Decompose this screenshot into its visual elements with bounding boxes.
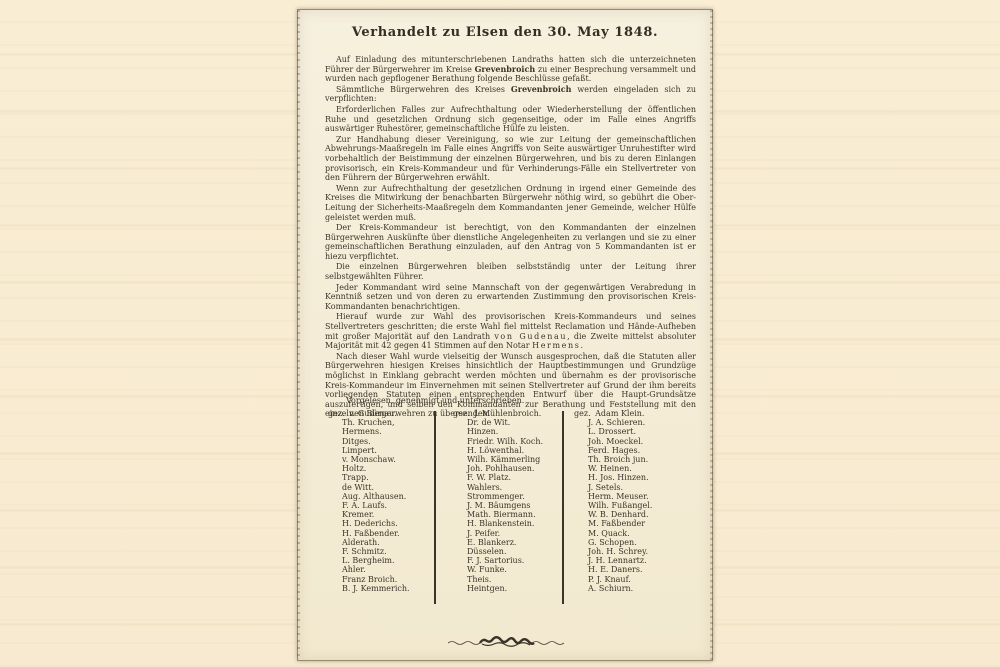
signature-name: Strommenger. bbox=[453, 492, 557, 501]
signature-name: Wilh. Kämmerling bbox=[453, 455, 557, 464]
signature-name: Th. Kruchen, bbox=[328, 418, 432, 427]
paragraph: Hierauf wurde zur Wahl des provisorische… bbox=[325, 312, 696, 350]
signature-name: H. Löwenthal. bbox=[453, 446, 557, 455]
ornament-flourish bbox=[446, 634, 566, 650]
signature-area: gez. v. Gudenau.Th. Kruchen,Hermens.Ditg… bbox=[298, 409, 712, 609]
signature-name: W. Funke. bbox=[453, 565, 557, 574]
paragraph: Erforderlichen Falles zur Aufrechthaltun… bbox=[325, 105, 696, 134]
column-divider-rule bbox=[562, 411, 564, 604]
signature-name: Joh. H. Schrey. bbox=[574, 547, 696, 556]
signature-name: gez. Adam Klein. bbox=[574, 409, 696, 418]
signature-name: H. Jos. Hinzen. bbox=[574, 473, 696, 482]
signature-prefix: gez. bbox=[328, 409, 349, 418]
signature-name: Dr. de Wit. bbox=[453, 418, 557, 427]
signature-name: F. W. Platz. bbox=[453, 473, 557, 482]
signature-name: Holtz. bbox=[328, 464, 432, 473]
signature-name: W. Heinen. bbox=[574, 464, 696, 473]
signature-name: gez. J. Mühlenbroich. bbox=[453, 409, 557, 418]
signature-name: Wilh. Fußangel. bbox=[574, 501, 696, 510]
signature-column-1: gez. v. Gudenau.Th. Kruchen,Hermens.Ditg… bbox=[328, 409, 432, 593]
signature-name: H. Dederichs. bbox=[328, 519, 432, 528]
signature-name: F. J. Sartorius. bbox=[453, 556, 557, 565]
paragraph: Sämmtliche Bürgerwehren des Kreises Grev… bbox=[325, 85, 696, 104]
signature-name: H. Faßbender. bbox=[328, 529, 432, 538]
document-sheet: Verhandelt zu Elsen den 30. May 1848. Au… bbox=[297, 9, 713, 661]
signature-name: Franz Broich. bbox=[328, 575, 432, 584]
signature-name: M. Quack. bbox=[574, 529, 696, 538]
paragraph: Jeder Kommandant wird seine Mannschaft v… bbox=[325, 283, 696, 312]
column-divider-rule bbox=[434, 411, 436, 604]
paragraph: Zur Handhabung dieser Vereinigung, so wi… bbox=[325, 135, 696, 183]
signature-name: Friedr. Wilh. Koch. bbox=[453, 437, 557, 446]
signature-name: gez. v. Gudenau. bbox=[328, 409, 432, 418]
signature-name: H. Blankenstein. bbox=[453, 519, 557, 528]
signature-name: Joh. Pohlhausen. bbox=[453, 464, 557, 473]
signature-name: de Witt. bbox=[328, 483, 432, 492]
signature-name: Ferd. Hages. bbox=[574, 446, 696, 455]
signature-name: Limpert. bbox=[328, 446, 432, 455]
signature-column-3: gez. Adam Klein.J. A. Schieren.L. Drosse… bbox=[574, 409, 696, 593]
signature-name: F. Schmitz. bbox=[328, 547, 432, 556]
paragraph: Die einzelnen Bürgerwehren bleiben selbs… bbox=[325, 262, 696, 281]
signature-name: J. Setels. bbox=[574, 483, 696, 492]
signature-name: G. Schopen. bbox=[574, 538, 696, 547]
signature-name: L. Bergheim. bbox=[328, 556, 432, 565]
signature-name: Kremer. bbox=[328, 510, 432, 519]
signature-name: A. Schiurn. bbox=[574, 584, 696, 593]
signature-prefix: gez. bbox=[574, 409, 595, 418]
signature-intro: Vorgelesen, genehmigt und unterschrieben… bbox=[346, 396, 524, 405]
signature-name: Ahler. bbox=[328, 565, 432, 574]
signature-name: J. M. Bäumgens bbox=[453, 501, 557, 510]
signature-name: Heintgen. bbox=[453, 584, 557, 593]
document-title: Verhandelt zu Elsen den 30. May 1848. bbox=[298, 25, 712, 40]
signature-name: J. H. Lennartz. bbox=[574, 556, 696, 565]
signature-name: Th. Broich jun. bbox=[574, 455, 696, 464]
signature-name: Aug. Althausen. bbox=[328, 492, 432, 501]
signature-name: Alderath. bbox=[328, 538, 432, 547]
signature-name: J. Peifer. bbox=[453, 529, 557, 538]
paragraph: Auf Einladung des mitunterschriebenen La… bbox=[325, 55, 696, 84]
scan-background: Verhandelt zu Elsen den 30. May 1848. Au… bbox=[0, 0, 1000, 667]
document-body: Auf Einladung des mitunterschriebenen La… bbox=[325, 55, 696, 420]
signature-name: J. A. Schieren. bbox=[574, 418, 696, 427]
signature-name: H. E. Daners. bbox=[574, 565, 696, 574]
signature-name: Düsselen. bbox=[453, 547, 557, 556]
signature-name: P. J. Knauf. bbox=[574, 575, 696, 584]
signature-name: W. B. Denhard. bbox=[574, 510, 696, 519]
paragraph: Der Kreis-Kommandeur ist berechtigt, von… bbox=[325, 223, 696, 261]
signature-name: Theis. bbox=[453, 575, 557, 584]
paragraph: Wenn zur Aufrechthaltung der gesetzliche… bbox=[325, 184, 696, 222]
signature-name: L. Drossert. bbox=[574, 427, 696, 436]
signature-name: Hinzen. bbox=[453, 427, 557, 436]
signature-name: Math. Biermann. bbox=[453, 510, 557, 519]
signature-name: E. Blankerz. bbox=[453, 538, 557, 547]
signature-name: Joh. Moeckel. bbox=[574, 437, 696, 446]
signature-name: Herm. Meuser. bbox=[574, 492, 696, 501]
signature-name: Ditges. bbox=[328, 437, 432, 446]
signature-name: F. A. Laufs. bbox=[328, 501, 432, 510]
signature-name: v. Monschaw. bbox=[328, 455, 432, 464]
signature-name: Trapp. bbox=[328, 473, 432, 482]
signature-prefix: gez. bbox=[453, 409, 474, 418]
signature-name: B. J. Kemmerich. bbox=[328, 584, 432, 593]
signature-name: Wahlers. bbox=[453, 483, 557, 492]
signature-name: M. Faßbender bbox=[574, 519, 696, 528]
signature-name: Hermens. bbox=[328, 427, 432, 436]
signature-column-2: gez. J. Mühlenbroich.Dr. de Wit.Hinzen.F… bbox=[453, 409, 557, 593]
